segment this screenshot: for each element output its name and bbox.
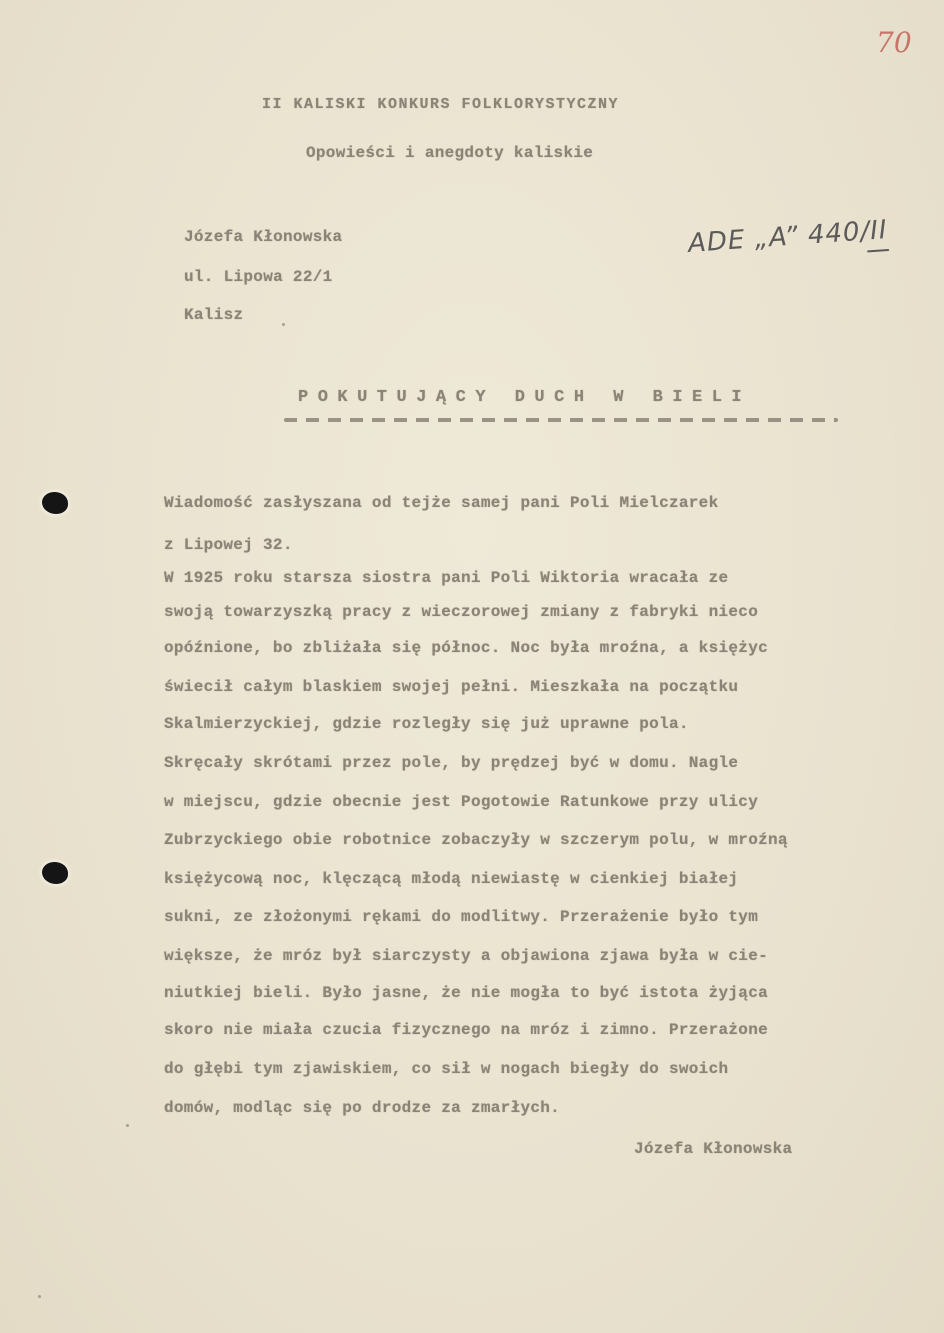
collection-subheading: Opowieści i anegdoty kaliskie [306, 144, 593, 162]
punch-hole-bottom [42, 862, 68, 884]
story-line: niutkiej bieli. Było jasne, że nie mogła… [164, 984, 768, 1002]
story-line: domów, modląc się po drodze za zmarłych. [164, 1099, 560, 1117]
title-underline [284, 418, 838, 422]
story-line: do głębi tym zjawiskiem, co sił w nogach… [164, 1060, 728, 1078]
paper-speck [126, 1124, 129, 1127]
paper-speck [282, 323, 285, 326]
story-line: Skręcały skrótami przez pole, by prędzej… [164, 754, 738, 772]
competition-heading: II KALISKI KONKURS FOLKLORYSTYCZNY [262, 96, 619, 113]
story-title: POKUTUJĄCY DUCH W BIELI [298, 388, 751, 407]
story-line: swoją towarzyszką pracy z wieczorowej zm… [164, 603, 758, 621]
story-line: z Lipowej 32. [164, 536, 293, 554]
story-line: sukni, ze złożonymi rękami do modlitwy. … [164, 908, 758, 926]
story-line: Wiadomość zasłyszana od tejże samej pani… [164, 494, 719, 512]
author-signature: Józefa Kłonowska [634, 1140, 792, 1158]
punch-hole-top [42, 492, 68, 514]
author-street: ul. Lipowa 22/1 [184, 268, 333, 286]
story-line: opóźnione, bo zbliżała się północ. Noc b… [164, 639, 768, 657]
story-line: świecił całym blaskiem swojej pełni. Mie… [164, 678, 738, 696]
story-line: skoro nie miała czucia fizycznego na mró… [164, 1021, 768, 1039]
story-line: większe, że mróz był siarczysty a objawi… [164, 947, 768, 965]
author-name: Józefa Kłonowska [184, 228, 342, 246]
story-line: W 1925 roku starsza siostra pani Poli Wi… [164, 569, 728, 587]
author-city: Kalisz [184, 306, 243, 324]
story-line: księżycową noc, klęczącą młodą niewiastę… [164, 870, 738, 888]
story-line: Skalmierzyckiej, gdzie rozległy się już … [164, 715, 689, 733]
story-line: Zubrzyckiego obie robotnice zobaczyły w … [164, 831, 788, 849]
paper-speck [38, 1295, 41, 1298]
page-number: 70 [876, 26, 912, 59]
archive-signature: ADE „A” 440/II [687, 215, 888, 259]
story-line: w miejscu, gdzie obecnie jest Pogotowie … [164, 793, 758, 811]
